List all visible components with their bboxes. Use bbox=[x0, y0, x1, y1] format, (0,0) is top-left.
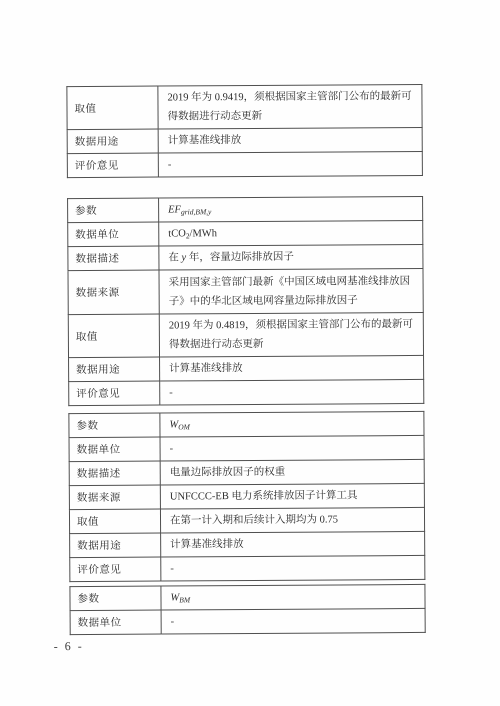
table-row: 取值 2019 年为 0.4819，须根据国家主管部门公布的最新可得数据进行动态… bbox=[68, 312, 423, 357]
row-label: 取值 bbox=[69, 509, 160, 534]
table-row: 数据来源 UNFCCC-EB 电力系统排放因子计算工具 bbox=[69, 483, 424, 509]
page-number: - 6 - bbox=[54, 639, 84, 654]
table-row: 数据描述 电量边际排放因子的权重 bbox=[69, 459, 424, 485]
parameter-table-2: 参数 EFgrid,BM,y 数据单位 tCO2/MWh 数据描述 在 y 年，… bbox=[67, 196, 424, 406]
parameter-symbol: EFgrid,BM,y bbox=[168, 204, 211, 215]
row-label: 取值 bbox=[67, 86, 158, 130]
parameter-table-1: 取值 2019 年为 0.9419，须根据国家主管部门公布的最新可得数据进行动态… bbox=[66, 84, 423, 178]
row-value: 计算基准线排放 bbox=[160, 355, 424, 381]
table-row: 参数 EFgrid,BM,y bbox=[68, 196, 423, 222]
row-label: 评价意见 bbox=[67, 153, 158, 178]
description-text: 年，容量边际排放因子 bbox=[186, 252, 294, 264]
table-row: 数据单位 - bbox=[70, 608, 425, 634]
row-label: 参数 bbox=[69, 413, 160, 438]
table-row: 参数 WOM bbox=[69, 411, 424, 437]
parameter-table-4: 参数 WBM 数据单位 - bbox=[69, 584, 425, 635]
row-value: - bbox=[161, 555, 425, 581]
row-value: WBM bbox=[161, 584, 425, 610]
row-label: 参数 bbox=[70, 586, 161, 611]
table-row: 评价意见 - bbox=[70, 555, 425, 581]
row-value: UNFCCC-EB 电力系统排放因子计算工具 bbox=[160, 483, 424, 509]
table-row: 取值 在第一计入期和后续计入期均为 0.75 bbox=[69, 507, 424, 533]
unit-text: /MWh bbox=[190, 228, 217, 239]
unit-text: tCO bbox=[168, 228, 186, 239]
table-row: 数据单位 tCO2/MWh bbox=[68, 220, 423, 246]
row-value: 计算基准线排放 bbox=[158, 127, 422, 153]
table-row: 参数 WBM bbox=[70, 584, 425, 610]
table-row: 数据来源 采用国家主管部门最新《中国区域电网基准线排放因子》中的华北区域电网容量… bbox=[68, 268, 423, 314]
row-label: 数据描述 bbox=[69, 461, 160, 486]
table-row: 评价意见 - bbox=[67, 151, 422, 177]
row-label: 数据单位 bbox=[68, 222, 159, 247]
row-label: 数据单位 bbox=[70, 610, 161, 635]
row-value: - bbox=[161, 608, 425, 634]
row-label: 评价意见 bbox=[70, 557, 161, 582]
row-value: 在 y 年，容量边际排放因子 bbox=[159, 244, 423, 270]
row-label: 取值 bbox=[68, 314, 159, 358]
table-row: 数据单位 - bbox=[69, 435, 424, 461]
row-label: 数据描述 bbox=[68, 246, 159, 271]
row-label: 数据来源 bbox=[68, 270, 159, 315]
row-value: 电量边际排放因子的权重 bbox=[160, 459, 424, 485]
row-value: 2019 年为 0.9419，须根据国家主管部门公布的最新可得数据进行动态更新 bbox=[158, 84, 422, 129]
row-value: 采用国家主管部门最新《中国区域电网基准线排放因子》中的华北区域电网容量边际排放因… bbox=[159, 268, 423, 314]
row-value: tCO2/MWh bbox=[159, 220, 423, 246]
table-row: 数据用途 计算基准线排放 bbox=[67, 127, 422, 153]
parameter-symbol: WOM bbox=[169, 419, 189, 430]
row-label: 数据用途 bbox=[67, 129, 158, 154]
row-value: - bbox=[158, 151, 422, 177]
row-label: 数据用途 bbox=[69, 357, 160, 382]
row-value: 2019 年为 0.4819，须根据国家主管部门公布的最新可得数据进行动态更新 bbox=[159, 312, 423, 357]
table-row: 数据描述 在 y 年，容量边际排放因子 bbox=[68, 244, 423, 270]
parameter-table-3: 参数 WOM 数据单位 - 数据描述 电量边际排放因子的权重 数据来源 UNFC… bbox=[68, 411, 425, 582]
table-row: 数据用途 计算基准线排放 bbox=[69, 355, 424, 381]
row-value: EFgrid,BM,y bbox=[159, 196, 423, 222]
row-value: - bbox=[160, 435, 424, 461]
row-label: 参数 bbox=[68, 198, 159, 223]
row-value: WOM bbox=[160, 411, 424, 437]
row-value: 在第一计入期和后续计入期均为 0.75 bbox=[160, 507, 424, 533]
row-label: 数据来源 bbox=[69, 485, 160, 510]
table-row: 数据用途 计算基准线排放 bbox=[70, 531, 425, 557]
description-text: 在 bbox=[168, 252, 181, 263]
scanned-page-content: 取值 2019 年为 0.9419，须根据国家主管部门公布的最新可得数据进行动态… bbox=[0, 0, 500, 706]
row-label: 评价意见 bbox=[69, 381, 160, 406]
row-value: - bbox=[160, 379, 424, 405]
parameter-symbol: WBM bbox=[170, 592, 190, 603]
row-value: 计算基准线排放 bbox=[161, 531, 425, 557]
row-label: 数据单位 bbox=[69, 437, 160, 462]
table-row: 取值 2019 年为 0.9419，须根据国家主管部门公布的最新可得数据进行动态… bbox=[67, 84, 422, 129]
row-label: 数据用途 bbox=[70, 533, 161, 558]
document-page: 取值 2019 年为 0.9419，须根据国家主管部门公布的最新可得数据进行动态… bbox=[0, 0, 500, 706]
table-row: 评价意见 - bbox=[69, 379, 424, 405]
